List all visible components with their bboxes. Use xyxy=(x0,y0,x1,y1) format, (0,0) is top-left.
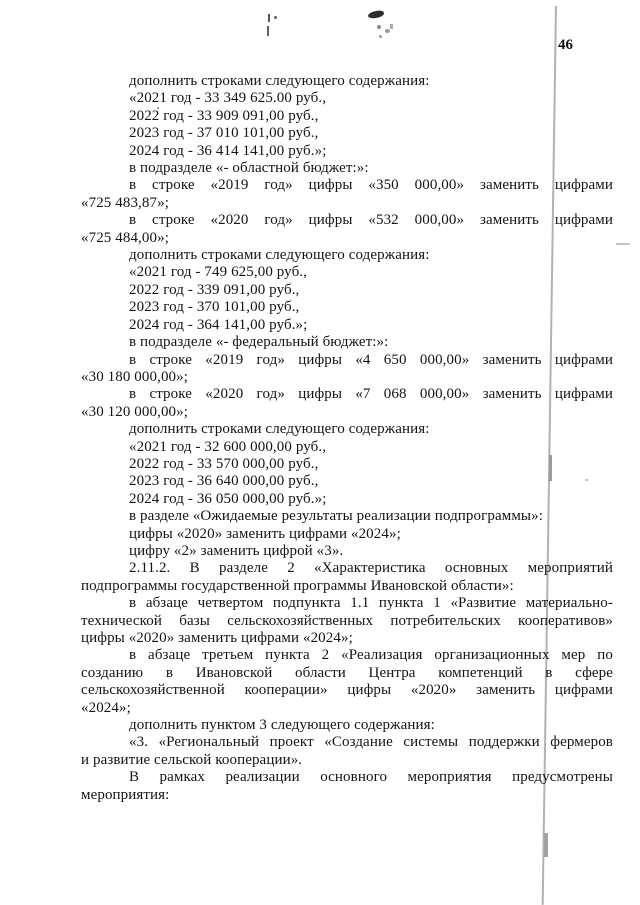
text-line: «725 483,87»; xyxy=(81,195,613,212)
text-line: «2021 год - 32 600 000,00 руб., xyxy=(81,439,613,456)
scan-artifact xyxy=(274,16,277,19)
scan-artifact xyxy=(385,29,390,33)
document-page: 46 дополнить строками следующего содержа… xyxy=(0,0,640,905)
text-line: 2023 год - 36 640 000,00 руб., xyxy=(81,473,613,490)
text-line: цифру «2» заменить цифрой «3». xyxy=(81,543,613,560)
text-line: 2024 год - 364 141,00 руб.»; xyxy=(81,317,613,334)
text-line: в строке «2019 год» цифры «350 000,00» з… xyxy=(81,177,613,194)
text-line: дополнить строками следующего содержания… xyxy=(81,421,613,438)
document-text: дополнить строками следующего содержания… xyxy=(81,73,613,804)
scan-artifact xyxy=(268,14,270,22)
text-line: в строке «2020 год» цифры «7 068 000,00»… xyxy=(81,386,613,403)
scan-artifact xyxy=(267,26,269,36)
text-line: в разделе «Ожидаемые результаты реализац… xyxy=(81,508,613,525)
text-line: «2021 год - 33 349 625.00 руб., xyxy=(81,90,613,107)
text-line: 2022 год - 33 570 000,00 руб., xyxy=(81,456,613,473)
text-line: цифры «2020» заменить цифрами «2024»; xyxy=(81,526,613,543)
text-line: в абзаце четвертом подпункта 1.1 пункта … xyxy=(81,595,613,612)
scan-artifact xyxy=(616,243,630,245)
text-line: созданию в Ивановской области Центра ком… xyxy=(81,665,613,682)
scan-artifact xyxy=(379,35,382,38)
ink-smudge xyxy=(368,10,385,19)
scan-artifact xyxy=(377,25,381,29)
text-line: «2021 год - 749 625,00 руб., xyxy=(81,264,613,281)
text-line: в строке «2019 год» цифры «4 650 000,00»… xyxy=(81,352,613,369)
text-line: «2024»; xyxy=(81,700,613,717)
text-line: в подразделе «- областной бюджет:»: xyxy=(81,160,613,177)
text-line: цифры «2020» заменить цифрами «2024»; xyxy=(81,630,613,647)
text-line: 2022 год - 339 091,00 руб., xyxy=(81,282,613,299)
text-line: в абзаце третьем пункта 2 «Реализация ор… xyxy=(81,647,613,664)
text-line: в строке «2020 год» цифры «532 000,00» з… xyxy=(81,212,613,229)
text-line: 2024 год - 36 414 141,00 руб.»; xyxy=(81,143,613,160)
text-line: «725 484,00»; xyxy=(81,230,613,247)
page-number: 46 xyxy=(558,37,573,54)
text-line: «30 180 000,00»; xyxy=(81,369,613,386)
scan-fold-line-segment xyxy=(544,833,548,857)
text-line: «3. «Региональный проект «Создание систе… xyxy=(81,734,613,751)
text-line: 2024 год - 36 050 000,00 руб.»; xyxy=(81,491,613,508)
text-line: и развитие сельской кооперации». xyxy=(81,752,613,769)
text-line: в подразделе «- федеральный бюджет:»: xyxy=(81,334,613,351)
text-line: дополнить пунктом 3 следующего содержани… xyxy=(81,717,613,734)
text-line: 2.11.2. В разделе 2 «Характеристика осно… xyxy=(81,560,613,577)
text-line: 2022 год - 33 909 091,00 руб., xyxy=(81,108,613,125)
text-line: 2023 год - 37 010 101,00 руб., xyxy=(81,125,613,142)
text-line: 2023 год - 370 101,00 руб., xyxy=(81,299,613,316)
text-line: дополнить строками следующего содержания… xyxy=(81,73,613,90)
text-line: В рамках реализации основного мероприяти… xyxy=(81,769,613,786)
text-line: «30 120 000,00»; xyxy=(81,404,613,421)
scan-artifact xyxy=(390,24,393,29)
text-line: сельскохозяйственной кооперации» цифры «… xyxy=(81,682,613,699)
text-line: дополнить строками следующего содержания… xyxy=(81,247,613,264)
text-line: мероприятия: xyxy=(81,787,613,804)
text-line: подпрограммы государственной программы И… xyxy=(81,578,613,595)
text-line: технической базы сельскохозяйственных по… xyxy=(81,613,613,630)
